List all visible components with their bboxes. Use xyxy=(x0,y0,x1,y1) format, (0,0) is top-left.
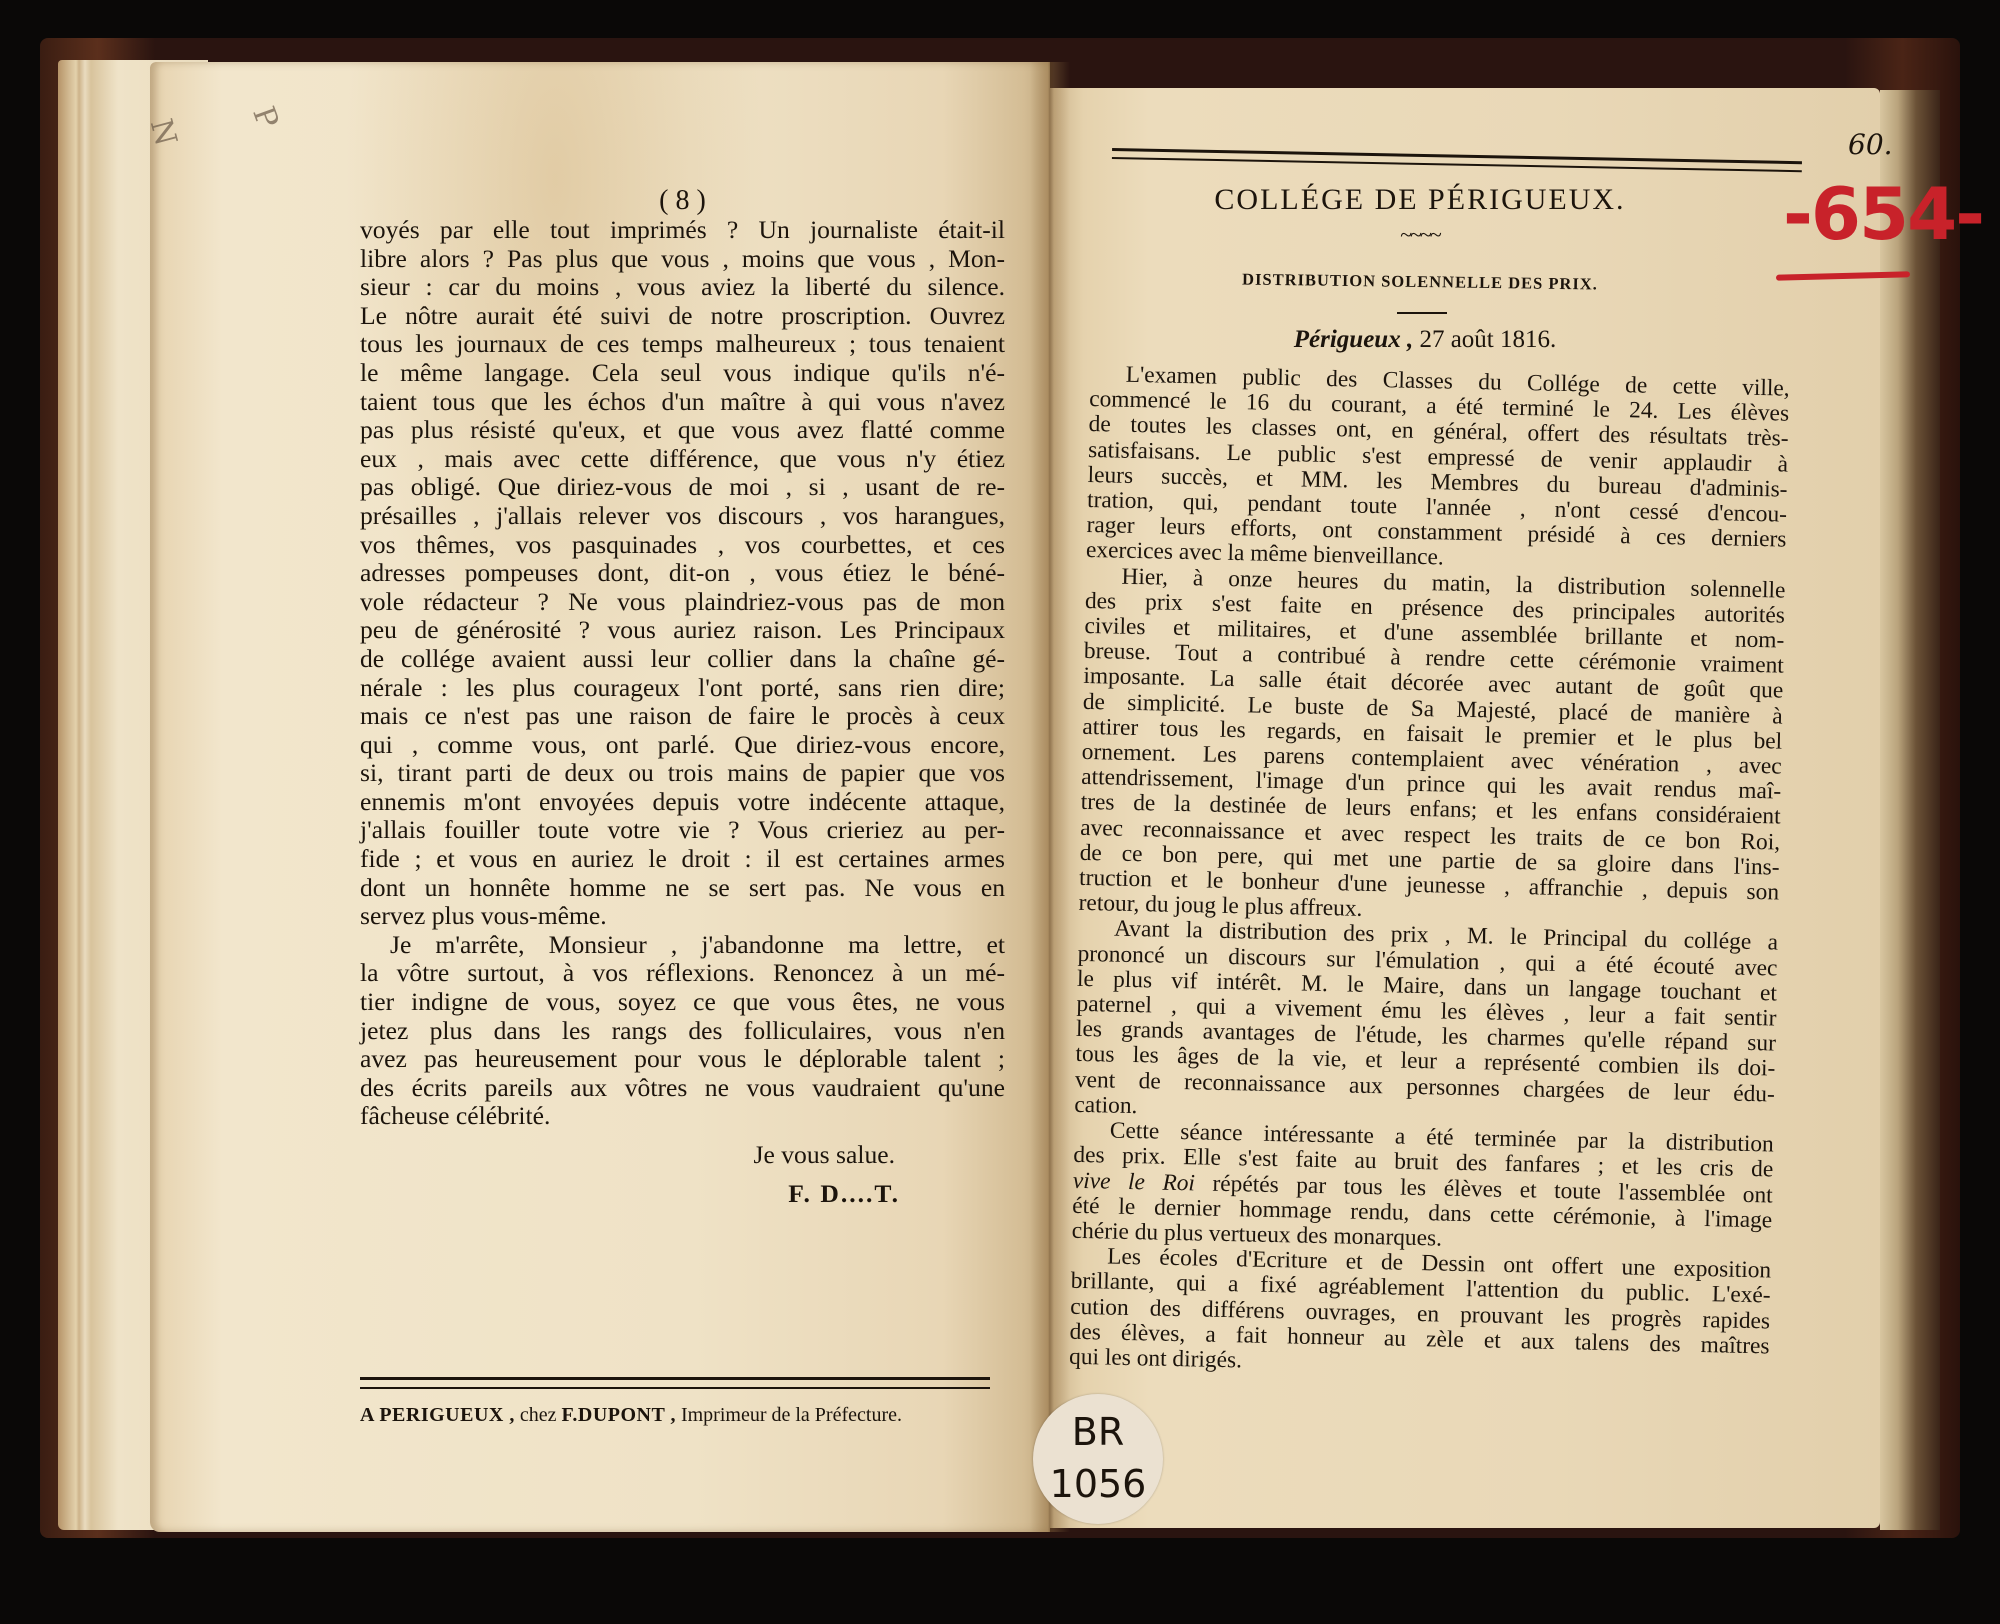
paragraph: voyés par elle tout imprimés ? Un journa… xyxy=(360,216,1005,931)
text-line: tous les journaux de ces temps malheureu… xyxy=(360,330,1005,359)
handwritten-folio: 60. xyxy=(1848,128,1893,161)
right-page-text: L'examen public des Classes du Collége d… xyxy=(1069,362,1790,1385)
paragraph: Je m'arrête, Monsieur , j'abandonne ma l… xyxy=(360,931,1005,1131)
text-line: pas plus résisté qu'eux, et que vous ave… xyxy=(360,416,1005,445)
text-line: Je m'arrête, Monsieur , j'abandonne ma l… xyxy=(360,931,1005,960)
stamp-line-2: 1056 xyxy=(1033,1462,1163,1506)
double-rule xyxy=(360,1377,990,1389)
text-line: libre alors ? Pas plus que vous , moins … xyxy=(360,245,1005,274)
text-line: de collége avaient aussi leur collier da… xyxy=(360,645,1005,674)
text-line: taient tous que les échos d'un maître à … xyxy=(360,388,1005,417)
text-line: vos thêmes, vos pasquinades , vos courbe… xyxy=(360,531,1005,560)
text-line: présailles , j'allais relever vos discou… xyxy=(360,502,1005,531)
red-pencil-number: -654- xyxy=(1783,172,1983,256)
text-line: adresses pompeuses dont, dit-on , vous é… xyxy=(360,559,1005,588)
imprint-chez: chez xyxy=(520,1404,557,1426)
text-line: j'allais fouiller toute votre vie ? Vous… xyxy=(360,816,1005,845)
page-number: ( 8 ) xyxy=(360,186,1005,216)
stamp-line-1: BR xyxy=(1033,1410,1163,1454)
ornament-squiggle-icon: ~~~~ xyxy=(1105,222,1735,248)
signature: F. D....T. xyxy=(360,1180,1005,1209)
closing-salutation: Je vous salue. xyxy=(360,1141,1005,1170)
text-line: eux , mais avec cette différence, que vo… xyxy=(360,445,1005,474)
text-line: des écrits pareils aux vôtres ne vous va… xyxy=(360,1074,1005,1103)
text-line: fâcheuse célébrité. xyxy=(360,1102,1005,1131)
paragraph: Les écoles d'Ecriture et de Dessin ont o… xyxy=(1069,1244,1771,1385)
text-line: nérale : les plus courageux l'ont porté,… xyxy=(360,674,1005,703)
printer-imprint: A PERIGUEUX , chez F.DUPONT , Imprimeur … xyxy=(360,1404,1000,1427)
text-line: pas obligé. Que diriez-vous de moi , si … xyxy=(360,473,1005,502)
text-line: tier indigne de vous, soyez ce que vous … xyxy=(360,988,1005,1017)
text-line: la vôtre surtout, à vos réflexions. Reno… xyxy=(360,959,1005,988)
text-line: ennemis m'ont envoyées depuis votre indé… xyxy=(360,788,1005,817)
paragraph: L'examen public des Classes du Collége d… xyxy=(1086,362,1790,578)
text-line: avez pas heureusement pour vous le déplo… xyxy=(360,1045,1005,1074)
text-line: mais ce n'est pas une raison de faire le… xyxy=(360,702,1005,731)
page-edges-right xyxy=(1880,90,1940,1530)
paragraph: Cette séance intéressante a été terminée… xyxy=(1072,1118,1774,1259)
text-line: sieur : car du moins , vous aviez la lib… xyxy=(360,273,1005,302)
italic-phrase: vive le Roi xyxy=(1073,1167,1196,1196)
text-line: vole rédacteur ? Ne vous plaindriez-vous… xyxy=(360,588,1005,617)
left-page-text: ( 8 ) voyés par elle tout imprimés ? Un … xyxy=(360,186,1005,1208)
text-line: Le nôtre aurait été suivi de notre prosc… xyxy=(360,302,1005,331)
paragraph: Hier, à onze heures du matin, la distrib… xyxy=(1078,564,1785,931)
text-line: peu de générosité ? vous auriez raison. … xyxy=(360,616,1005,645)
text-line: jetez plus dans les rangs des folliculai… xyxy=(360,1017,1005,1046)
short-rule xyxy=(1397,312,1447,314)
dateline-date: 27 août 1816. xyxy=(1419,326,1556,353)
text-line: dont un honnête homme ne se sert pas. Ne… xyxy=(360,874,1005,903)
dateline: Périgueux , 27 août 1816. xyxy=(1105,326,1745,354)
imprint-place: A PERIGUEUX , xyxy=(360,1404,515,1426)
text-line: fide ; et vous en auriez le droit : il e… xyxy=(360,845,1005,874)
text-line: voyés par elle tout imprimés ? Un journa… xyxy=(360,216,1005,245)
paragraph: Avant la distribution des prix , M. le P… xyxy=(1074,916,1778,1132)
text-line: si, tirant parti de deux ou trois mains … xyxy=(360,759,1005,788)
text-line: le même langage. Cela seul vous indique … xyxy=(360,359,1005,388)
text-line: qui , comme vous, ont parlé. Que diriez-… xyxy=(360,731,1005,760)
dateline-place: Périgueux , xyxy=(1294,326,1413,353)
book-gutter xyxy=(1030,62,1070,1532)
article-title: COLLÉGE DE PÉRIGUEUX. xyxy=(1105,183,1735,217)
imprint-printer: F.DUPONT , xyxy=(562,1404,676,1426)
text-line: servez plus vous-même. xyxy=(360,902,1005,931)
imprint-role: Imprimeur de la Préfecture. xyxy=(681,1404,902,1426)
library-stamp: BR 1056 xyxy=(1033,1394,1163,1524)
